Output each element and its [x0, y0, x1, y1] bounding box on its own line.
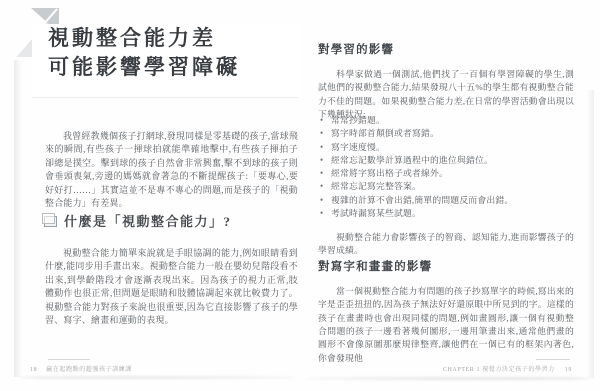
page-edge-shading [587, 90, 594, 378]
list-item: 寫字時部首顛倒或者寫錯。 [320, 127, 576, 140]
page-edge-shading [14, 60, 23, 377]
section-paragraph: 視動整合能力簡單來說就是手眼協調的能力,例如眼睛看到什麼,能同步用手畫出來。視動… [45, 247, 298, 327]
intro-paragraph: 我曾經教幾個孩子打網球,發現同樣是零基礎的孩子,當球飛來的瞬間,有些孩子一揮球拍… [45, 130, 298, 210]
footer-rule [536, 359, 570, 360]
list-item: 寫字速度慢。 [320, 141, 576, 154]
section-heading: 什麼是「視動整合能力」? [44, 212, 232, 228]
learning-outro-paragraph: 視動整合能力會影響孩子的智商、認知能力,進而影響孩子的學習成績。 [318, 231, 574, 258]
running-title: 贏在起跑點的超強孩子訓練課 [46, 364, 132, 373]
list-item: 經常忘記數學計算過程中的進位與錯位。 [320, 154, 576, 167]
left-page-number: 18 [30, 367, 37, 373]
right-footer: CHAPTER 1 視覺力決定孩子的學習力 19 [443, 364, 572, 373]
learning-heading: 對學習的影響 [318, 41, 394, 57]
chapter-title-line2: 可能影響學習障礙 [48, 53, 300, 82]
section-marker-icon [44, 216, 57, 227]
page-bottom-shadow [18, 376, 298, 379]
right-page-number: 19 [565, 367, 572, 373]
writing-paragraph: 當一個視動整合能力有問題的孩子抄寫單字的時候,寫出來的字是歪歪扭扭的,因為孩子無… [318, 285, 574, 365]
chapter-running-title: CHAPTER 1 視覺力決定孩子的學習力 [443, 364, 555, 373]
list-item: 考試時漏寫某些試題。 [320, 207, 576, 220]
chapter-title-line1: 視動整合能力差 [48, 24, 300, 53]
title-divider [32, 97, 298, 98]
chapter-title: 視動整合能力差 可能影響學習障礙 [32, 24, 300, 96]
list-item: 複雜的計算不會出錯,簡單的問題反而會出錯。 [320, 194, 576, 207]
list-item: 經常忘記寫完整答案。 [320, 180, 576, 193]
list-item: 經常將字寫出格子或者線外。 [320, 167, 576, 180]
list-item: 常常抄錯題。 [320, 114, 576, 127]
writing-heading: 對寫字和畫畫的影響 [318, 258, 432, 274]
section-heading-label: 什麼是「視動整合能力」? [64, 211, 232, 230]
page-bottom-shadow [304, 377, 592, 380]
book-spread: 視動整合能力差 可能影響學習障礙 我曾經教幾個孩子打網球,發現同樣是零基礎的孩子… [0, 0, 600, 391]
problem-list: 常常抄錯題。 寫字時部首顛倒或者寫錯。 寫字速度慢。 經常忘記數學計算過程中的進… [320, 114, 576, 220]
footer-rule [48, 359, 90, 360]
left-footer: 18 贏在起跑點的超強孩子訓練課 [30, 364, 132, 373]
